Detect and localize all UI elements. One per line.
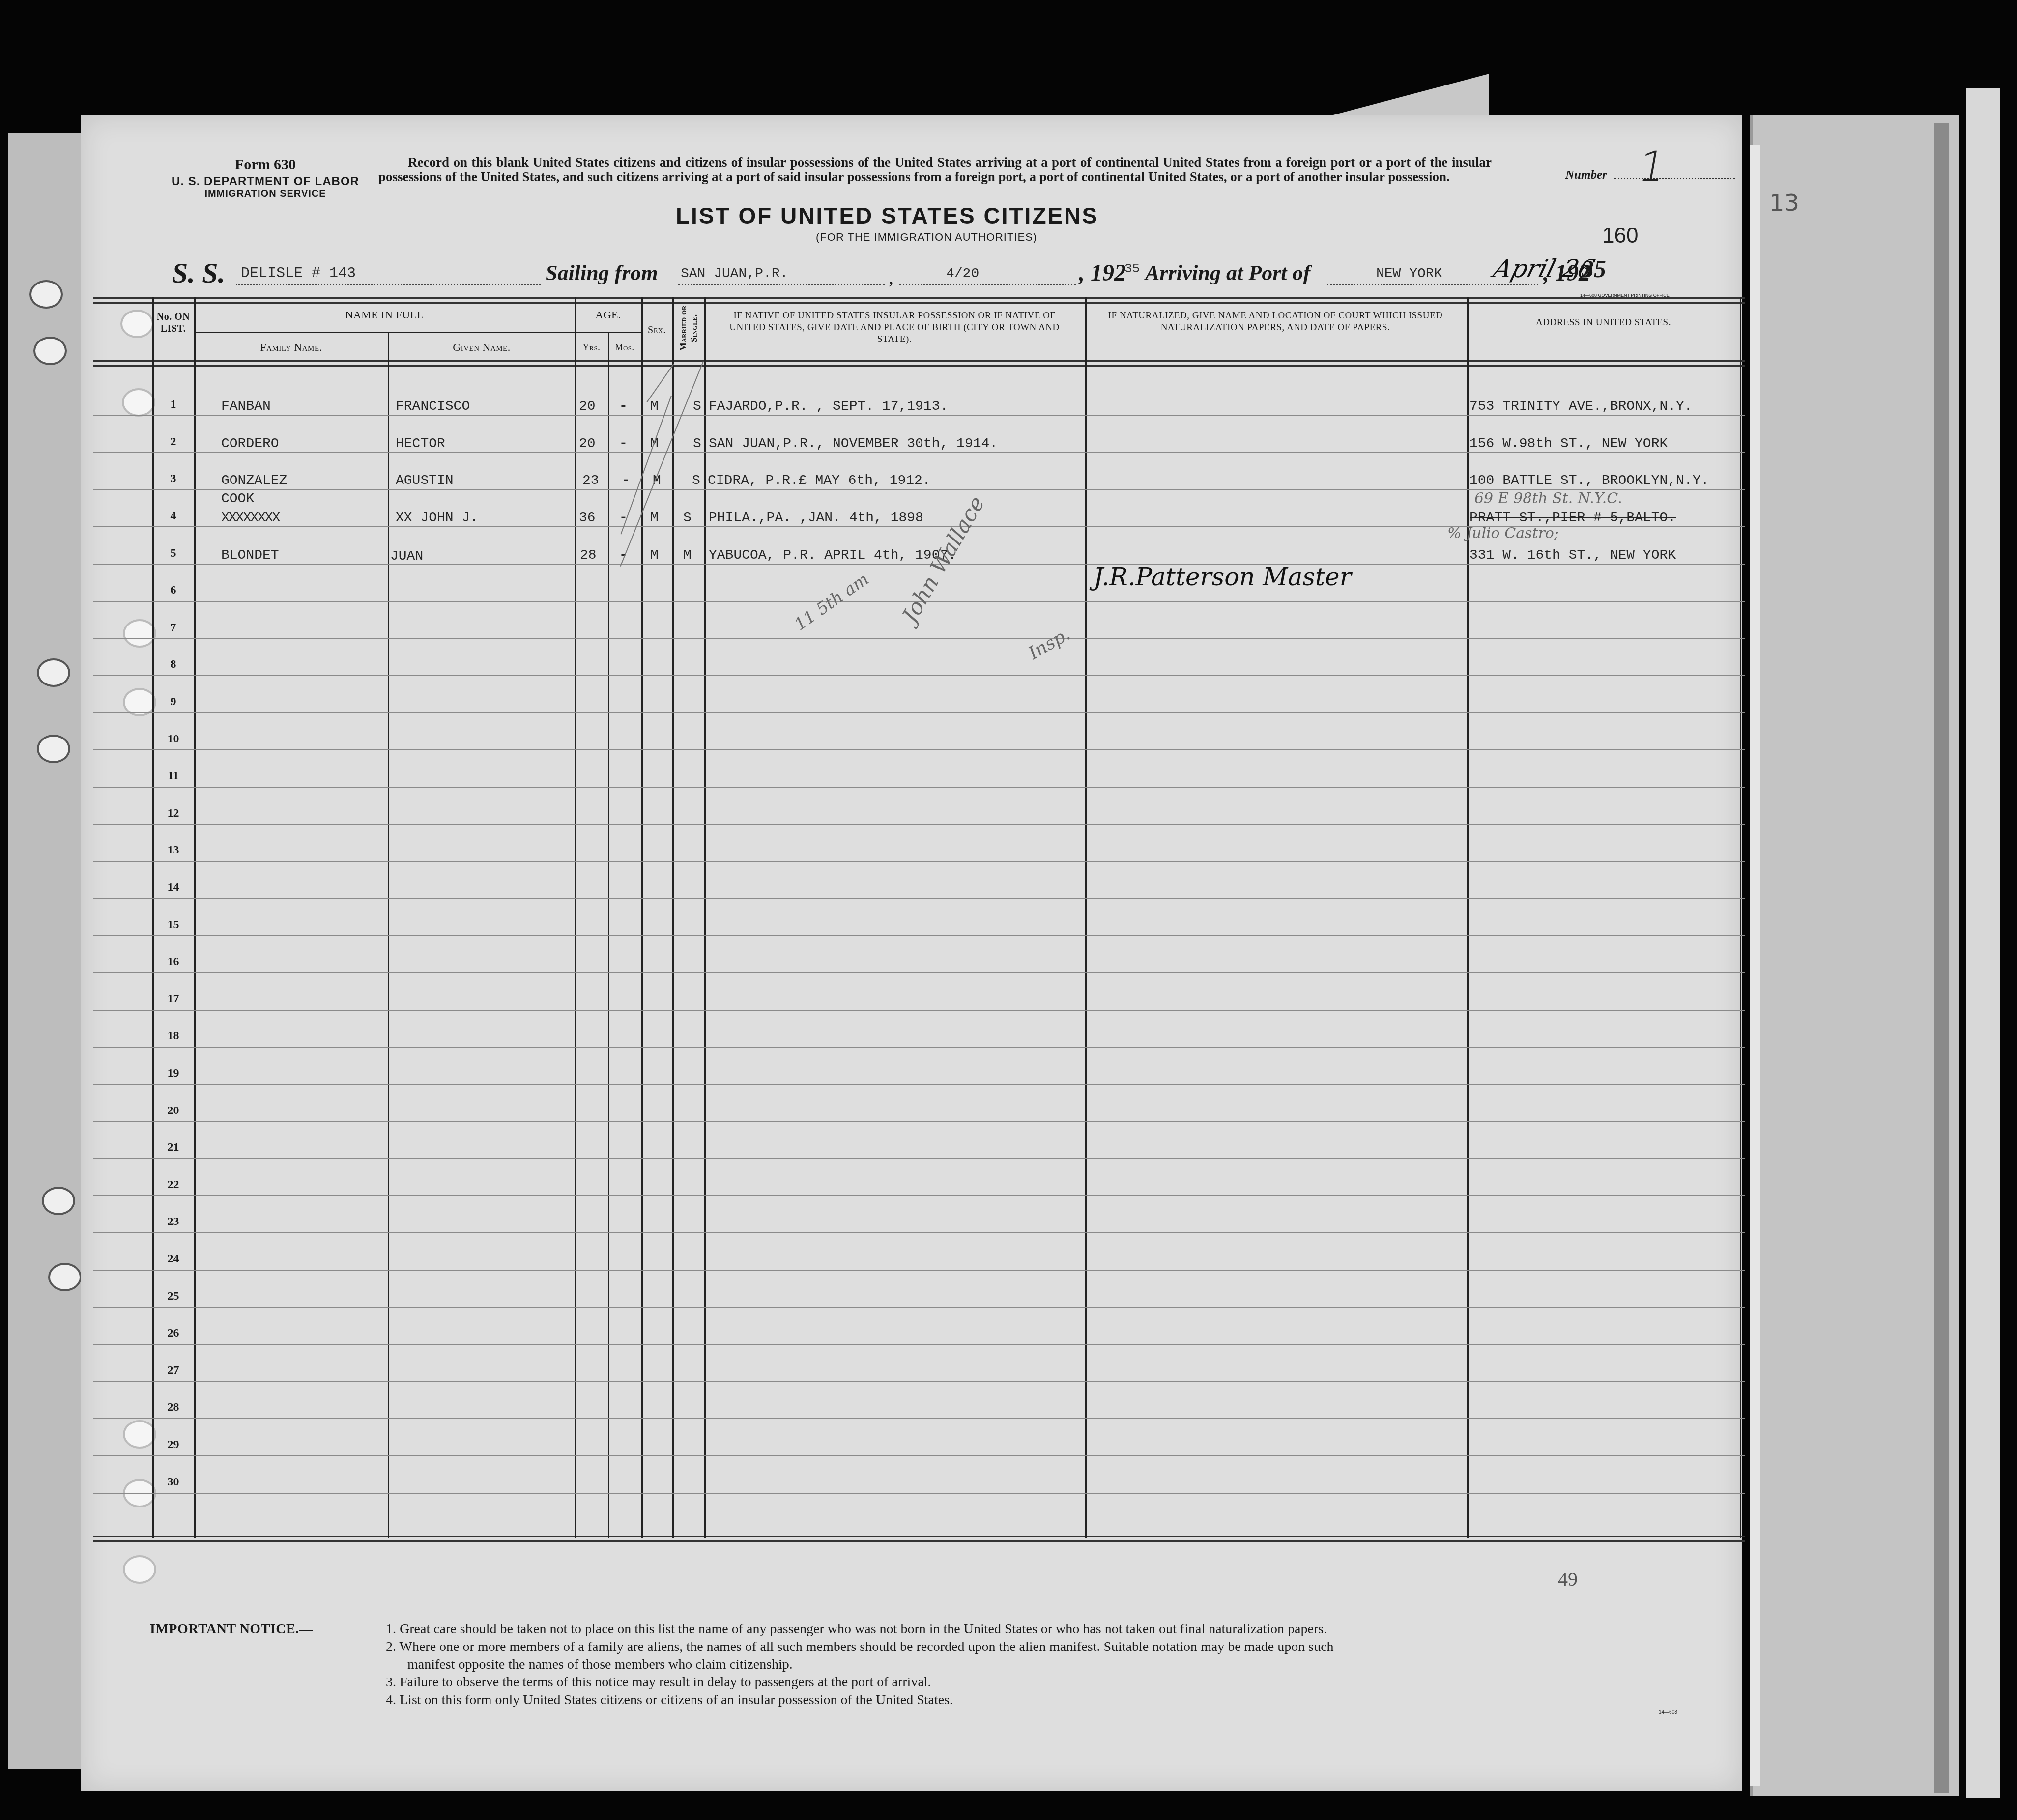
table-bottom-rule	[93, 1536, 1745, 1542]
stamped-number: 160	[1602, 224, 1638, 248]
header-married-or-single: Married or Single.	[678, 301, 701, 355]
row-rule	[93, 1418, 1745, 1419]
underlying-right-sheet	[1750, 115, 1959, 1796]
given-name: JUAN	[390, 549, 423, 564]
sex: M	[650, 511, 659, 526]
family-name: GONZALEZ	[221, 473, 287, 488]
comma: ,	[889, 265, 893, 288]
sailing-from-label: Sailing from	[546, 260, 658, 285]
col-divider	[575, 297, 576, 1538]
ship-field-line	[236, 284, 541, 285]
row-number: 24	[152, 1252, 194, 1266]
given-name: HECTOR	[396, 436, 445, 452]
age-years: 28	[580, 548, 597, 563]
side-label: 13	[1769, 189, 1799, 217]
age-months: -	[619, 399, 628, 414]
row-rule	[93, 1195, 1745, 1196]
row-number: 20	[152, 1104, 194, 1117]
far-right-page-edge	[1966, 88, 2000, 1798]
row-number: 22	[152, 1178, 194, 1192]
row-number: 6	[152, 584, 194, 597]
row-rule	[93, 1047, 1745, 1048]
row-number: 19	[152, 1067, 194, 1080]
row-rule	[93, 787, 1745, 788]
service-name: IMMIGRATION SERVICE	[138, 185, 393, 202]
form-number: Form 630	[167, 156, 364, 173]
age-months: -	[622, 473, 630, 488]
table-top-rule	[93, 297, 1745, 304]
address: 331 W. 16th ST., NEW YORK	[1470, 548, 1676, 563]
birth-place-date: PHILA.,PA. ,JAN. 4th, 1898	[709, 511, 923, 526]
form-code: 14—608	[1659, 1710, 1677, 1715]
page-number: 49	[1558, 1567, 1578, 1591]
form-instructions: Record on this blank United States citiz…	[378, 155, 1492, 184]
citizens-table: No. ON LIST. NAME IN FULL Family Name. G…	[93, 297, 1745, 1538]
notice-item: manifest opposite the names of those mem…	[386, 1656, 1860, 1674]
age-years: 20	[579, 399, 596, 414]
given-name: XX JOHN J.	[396, 511, 478, 526]
inspector-title: Insp.	[1025, 624, 1074, 664]
row-number: 7	[152, 621, 194, 634]
header-yrs: Yrs.	[575, 341, 608, 353]
marital-status: S	[683, 511, 692, 526]
row-number: 23	[152, 1215, 194, 1228]
punch-hole-icon	[42, 1187, 75, 1215]
important-notice: IMPORTANT NOTICE.— 1. Great care should …	[150, 1621, 313, 1638]
row-number: 21	[152, 1141, 194, 1154]
row-rule	[93, 452, 1745, 453]
punch-hole-icon	[37, 658, 70, 687]
notice-list: 1. Great care should be taken not to pla…	[386, 1621, 1860, 1709]
row-rule	[93, 898, 1745, 899]
marital-status: S	[692, 473, 700, 488]
address: 156 W.98th ST., NEW YORK	[1470, 436, 1668, 452]
row-rule	[93, 1344, 1745, 1345]
notice-heading: IMPORTANT NOTICE.—	[150, 1621, 313, 1637]
given-name: AGUSTIN	[396, 473, 454, 488]
row-number: 17	[152, 993, 194, 1006]
sailing-port-line	[678, 284, 885, 285]
header-family-name: Family Name.	[194, 341, 388, 353]
check-mark-icon	[620, 396, 671, 535]
arrival-year-suffix: 35	[1582, 255, 1606, 283]
sailing-port: SAN JUAN,P.R.	[681, 266, 788, 282]
birth-place-date: SAN JUAN,P.R., NOVEMBER 30th, 1914.	[709, 436, 998, 452]
header-birth-place-date: IF NATIVE OF UNITED STATES INSULAR POSSE…	[718, 310, 1071, 345]
col-divider	[1467, 297, 1469, 1538]
address: 100 BATTLE ST., BROOKLYN,N.Y.	[1470, 473, 1709, 488]
row-number: 15	[152, 918, 194, 932]
age-months: -	[619, 436, 628, 452]
page-title: LIST OF UNITED STATES CITIZENS	[676, 202, 1098, 229]
given-name: FRANCISCO	[396, 399, 470, 414]
header-bottom-rule	[93, 360, 1745, 367]
row-number: 12	[152, 807, 194, 820]
row-number: 2	[152, 435, 194, 449]
punch-hole-icon	[33, 337, 67, 365]
page-subtitle: (FOR THE IMMIGRATION AUTHORITIES)	[816, 231, 1037, 244]
row-rule	[93, 935, 1745, 936]
punch-hole-icon	[29, 280, 63, 309]
row-rule	[93, 1455, 1745, 1456]
row-number: 26	[152, 1327, 194, 1340]
row-rule	[93, 1270, 1745, 1271]
row-number: 16	[152, 955, 194, 968]
punch-hole-icon	[37, 735, 70, 763]
handwritten-address-note: 69 E 98th St. N.Y.C.	[1474, 490, 1622, 507]
row-number: 13	[152, 844, 194, 857]
row-number: 30	[152, 1476, 194, 1489]
row-rule	[93, 861, 1745, 862]
notice-item: 3. Failure to observe the terms of this …	[386, 1674, 1860, 1691]
row-rule	[93, 749, 1745, 750]
header-age: AGE.	[575, 309, 641, 321]
right-sheet-edge	[1750, 145, 1760, 1786]
row-number: 18	[152, 1029, 194, 1043]
number-field-line	[1614, 178, 1735, 179]
header-address: ADDRESS IN UNITED STATES.	[1467, 317, 1740, 329]
row-rule	[93, 1381, 1745, 1382]
number-label: Number	[1565, 169, 1607, 182]
header-no-on-list: No. ON LIST.	[152, 311, 194, 335]
check-mark-icon	[620, 361, 703, 567]
header-sex: Sex.	[641, 324, 672, 336]
header-subrule	[194, 332, 641, 333]
notice-item: 2. Where one or more members of a family…	[386, 1638, 1860, 1656]
col-divider	[704, 297, 706, 1538]
master-signature: J.R.Patterson Master	[1094, 563, 1352, 591]
row-rule	[93, 824, 1745, 825]
col-divider	[641, 297, 643, 1538]
tally-annotation: 11 5th am	[791, 569, 872, 635]
family-name: BLONDET	[221, 548, 279, 563]
sex: M	[650, 399, 659, 414]
underlying-left-sheet	[8, 133, 88, 1769]
row-rule	[93, 638, 1745, 639]
arrival-port: NEW YORK	[1376, 266, 1442, 282]
arriving-label: Arriving at Port of	[1145, 260, 1310, 285]
row-rule	[93, 1158, 1745, 1159]
punch-hole-icon	[48, 1263, 82, 1291]
ship-name: DELISLE # 143	[241, 265, 356, 282]
sailing-date-line	[899, 284, 1076, 285]
row-number: 5	[152, 547, 194, 560]
row-number: 25	[152, 1290, 194, 1303]
notice-item: 1. Great care should be taken not to pla…	[386, 1621, 1860, 1638]
marital-status: S	[693, 399, 701, 414]
header-naturalization: IF NATURALIZED, GIVE NAME AND LOCATION O…	[1098, 310, 1452, 334]
torn-top-flap	[1322, 74, 1489, 118]
col-divider	[1740, 297, 1741, 1538]
family-name: FANBAN	[221, 399, 271, 414]
row-number: 11	[152, 769, 194, 783]
row-number: 4	[152, 510, 194, 523]
family-name: CORDERO	[221, 436, 279, 452]
birth-place-date: YABUCOA, P.R. APRIL 4th, 1907.	[709, 548, 956, 563]
row-number: 9	[152, 695, 194, 709]
row-rule	[93, 1307, 1745, 1308]
arrival-port-line	[1327, 284, 1538, 285]
marital-status: M	[683, 548, 692, 563]
row-number: 28	[152, 1401, 194, 1414]
row-number: 10	[152, 733, 194, 746]
address: 753 TRINITY AVE.,BRONX,N.Y.	[1470, 399, 1693, 414]
sex: M	[650, 548, 659, 563]
marital-status: S	[693, 436, 701, 452]
row-number: 14	[152, 881, 194, 894]
family-name-struck: XXXXXXXX	[221, 511, 279, 526]
row-number: 3	[152, 472, 194, 485]
header-given-name: Given Name.	[388, 341, 575, 353]
col-divider	[672, 297, 674, 1538]
sailing-year-suffix: 35	[1124, 261, 1140, 276]
handwritten-address-note: % Julio Castro;	[1447, 525, 1559, 542]
col-divider	[194, 297, 196, 1538]
birth-place-date: FAJARDO,P.R. , SEPT. 17,1913.	[709, 399, 948, 414]
row-rule	[93, 1084, 1745, 1085]
age-years: 23	[582, 473, 599, 488]
row-rule	[93, 1232, 1745, 1233]
row-rule	[93, 972, 1745, 973]
notice-item: 4. List on this form only United States …	[386, 1691, 1860, 1709]
age-years: 20	[579, 436, 596, 452]
sailing-year-prefix: , 192	[1079, 259, 1126, 286]
ss-label: S. S.	[172, 256, 225, 289]
family-name-correction: COOK	[221, 491, 254, 507]
row-rule	[93, 415, 1745, 416]
row-number: 1	[152, 398, 194, 411]
header-name-in-full: NAME IN FULL	[194, 309, 575, 321]
birth-place-date: CIDRA, P.R.£ MAY 6th, 1912.	[708, 473, 931, 488]
sailing-date: 4/20	[946, 266, 979, 282]
header-mos: Mos.	[608, 341, 641, 353]
row-number: 8	[152, 658, 194, 671]
row-rule	[93, 1010, 1745, 1011]
punch-hole-icon	[123, 1555, 156, 1584]
row-rule	[93, 712, 1745, 713]
row-number: 27	[152, 1364, 194, 1377]
row-rule	[93, 675, 1745, 676]
right-sheet-shadow	[1934, 123, 1949, 1793]
row-number: 29	[152, 1438, 194, 1451]
address: PRATT ST.,PIER # 5,BALTO.	[1470, 511, 1676, 526]
col-divider	[1085, 297, 1087, 1538]
age-years: 36	[579, 511, 596, 526]
row-rule	[93, 1493, 1745, 1494]
row-rule	[93, 1121, 1745, 1122]
row-rule	[93, 564, 1745, 565]
